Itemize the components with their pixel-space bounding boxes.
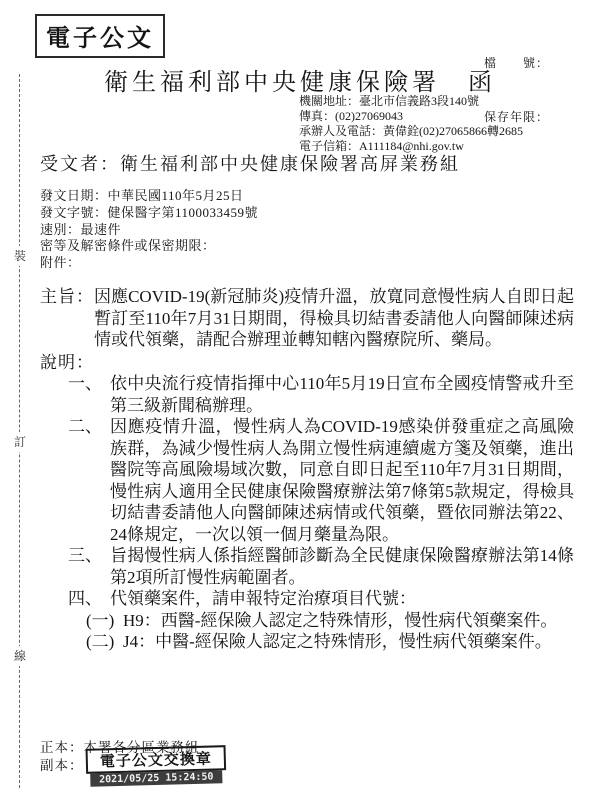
agency-info-block: 機關地址：臺北市信義路3段140號 傳真：(02)27069043 承辦人及電話…	[299, 94, 523, 154]
subject-label: 主旨：	[40, 286, 94, 351]
item-marker: 三、	[68, 545, 110, 588]
item-text: 代領藥案件，請申報特定治療項目代號：	[110, 588, 574, 610]
meta-block: 發文日期：中華民國110年5月25日 發文字號：健保醫字第1100033459號…	[40, 188, 258, 272]
recipient-line: 受文者：衛生福利部中央健康保險署高屏業務組	[40, 150, 460, 176]
meta-security: 密等及解密條件或保密期限：	[40, 238, 258, 255]
item-marker: 一、	[68, 373, 110, 416]
explanation-item-2: 二、 因應疫情升溫，慢性病人為COVID-19感染併發重症之高風險族群，為減少慢…	[68, 416, 574, 545]
explanation-item-1: 一、 依中央流行疫情指揮中心110年5月19日宣布全國疫情警戒升至第三級新聞稿辦…	[68, 373, 574, 416]
document-body: 主旨： 因應COVID-19(新冠肺炎)疫情升溫，放寬同意慢性病人自即日起暫訂至…	[40, 286, 574, 653]
agency-fax: 傳真：(02)27069043	[299, 109, 523, 124]
agency-address: 機關地址：臺北市信義路3段140號	[299, 94, 523, 109]
exchange-stamp: 電子公文交換章 2021/05/25 15:24:50	[86, 745, 227, 787]
stamp-timestamp: 2021/05/25 15:24:50	[90, 770, 222, 786]
stamp-title: 電子公文交換章	[86, 745, 227, 774]
meta-doc-number: 發文字號：健保醫字第1100033459號	[40, 205, 258, 222]
sub-item-text: H9：西醫-經保險人認定之特殊情形，慢性病代領藥案件。	[123, 610, 574, 632]
explanation-sub-item-2: (二) J4：中醫-經保險人認定之特殊情形，慢性病代領藥案件。	[86, 631, 574, 653]
meta-priority: 速別：最速件	[40, 222, 258, 239]
binding-mark-xian: 線	[12, 646, 28, 666]
item-text: 旨揭慢性病人係指經醫師診斷為全民健康保險醫療辦法第14條第2項所訂慢性病範圍者。	[110, 545, 574, 588]
explanation-item-4: 四、 代領藥案件，請申報特定治療項目代號：	[68, 588, 574, 610]
sub-item-marker: (一)	[86, 610, 123, 632]
agency-contact-person: 承辦人及電話：黃偉銓(02)27065866轉2685	[299, 124, 523, 139]
explanation-sub-item-1: (一) H9：西醫-經保險人認定之特殊情形，慢性病代領藥案件。	[86, 610, 574, 632]
subject-text: 因應COVID-19(新冠肺炎)疫情升溫，放寬同意慢性病人自即日起暫訂至110年…	[94, 286, 574, 351]
item-text: 依中央流行疫情指揮中心110年5月19日宣布全國疫情警戒升至第三級新聞稿辦理。	[110, 373, 574, 416]
sub-item-marker: (二)	[86, 631, 123, 653]
meta-attachment: 附件：	[40, 255, 258, 272]
meta-issue-date: 發文日期：中華民國110年5月25日	[40, 188, 258, 205]
explanation-item-3: 三、 旨揭慢性病人係指經醫師診斷為全民健康保險醫療辦法第14條第2項所訂慢性病範…	[68, 545, 574, 588]
doc-type-box: 電子公文	[35, 14, 165, 58]
subject-paragraph: 主旨： 因應COVID-19(新冠肺炎)疫情升溫，放寬同意慢性病人自即日起暫訂至…	[40, 286, 574, 351]
binding-mark-ding: 訂	[12, 432, 28, 452]
sub-item-text: J4：中醫-經保險人認定之特殊情形，慢性病代領藥案件。	[123, 631, 574, 653]
item-text: 因應疫情升溫，慢性病人為COVID-19感染併發重症之高風險族群，為減少慢性病人…	[110, 416, 574, 545]
item-marker: 二、	[68, 416, 110, 545]
binding-dashed-line	[19, 74, 20, 788]
document-title: 衛生福利部中央健康保險署 函	[0, 62, 600, 97]
binding-mark-zhuang: 裝	[12, 246, 28, 266]
explanation-label: 說明：	[40, 352, 574, 374]
item-marker: 四、	[68, 588, 110, 610]
